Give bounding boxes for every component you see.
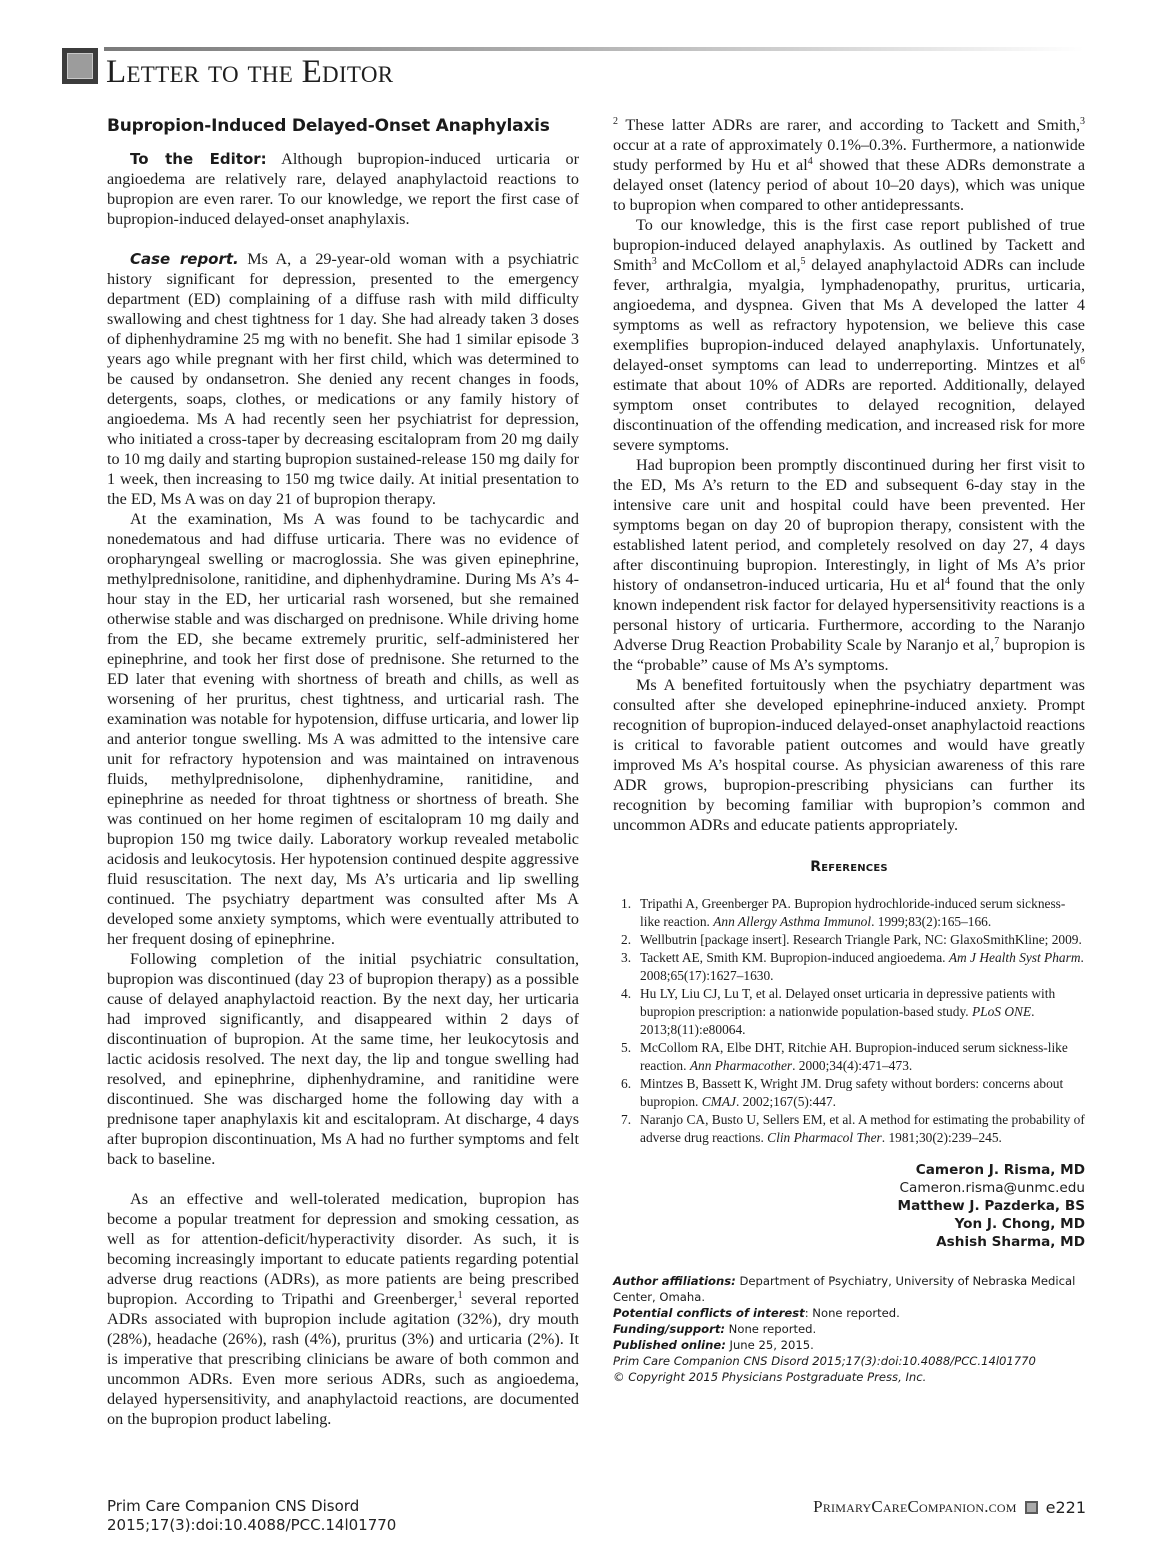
references-list: 1.Tripathi A, Greenberger PA. Bupropion …: [613, 895, 1085, 1147]
author-name: Matthew J. Pazderka, BS: [613, 1197, 1085, 1215]
page-number: e221: [1046, 1498, 1086, 1517]
had-paragraph: Had bupropion been promptly discontinued…: [613, 455, 1085, 675]
conflicts-of-interest: Potential conflicts of interest: None re…: [613, 1305, 1085, 1321]
knowledge-paragraph: To our knowledge, this is the first case…: [613, 215, 1085, 455]
author-name: Ashish Sharma, MD: [613, 1233, 1085, 1251]
effective-paragraph: As an effective and well-tolerated medic…: [107, 1189, 579, 1429]
references-heading: References: [613, 857, 1085, 877]
article-title: Bupropion-Induced Delayed-Onset Anaphyla…: [107, 115, 579, 137]
author-name: Yon J. Chong, MD: [613, 1215, 1085, 1233]
case-report-paragraph: Case report. Ms A, a 29-year-old woman w…: [107, 249, 579, 509]
gray-square-icon: [62, 48, 98, 84]
examination-paragraph: At the examination, Ms A was found to be…: [107, 509, 579, 949]
citation: Prim Care Companion CNS Disord 2015;17(3…: [613, 1353, 1085, 1369]
gray-square-icon: [1025, 1501, 1038, 1514]
footer-journal-citation: Prim Care Companion CNS Disord 2015;17(3…: [107, 1497, 396, 1535]
copyright: © Copyright 2015 Physicians Postgraduate…: [613, 1369, 1085, 1385]
header-rule: [104, 47, 1084, 51]
reference-item: 4.Hu LY, Liu CJ, Lu T, et al. Delayed on…: [613, 985, 1085, 1039]
reference-item: 6.Mintzes B, Bassett K, Wright JM. Drug …: [613, 1075, 1085, 1111]
published-online: Published online: June 25, 2015.: [613, 1337, 1085, 1353]
footer-site-page: PrimaryCareCompanion.com e221: [813, 1497, 1086, 1517]
author-affiliations: Author affiliations: Department of Psych…: [613, 1273, 1085, 1305]
author-name: Cameron J. Risma, MD: [613, 1161, 1085, 1179]
right-column: 2 These latter ADRs are rarer, and accor…: [613, 115, 1085, 1385]
intro-lead: To the Editor:: [130, 150, 267, 168]
section-title: Letter to the Editor: [106, 54, 393, 90]
benefited-paragraph: Ms A benefited fortuitously when the psy…: [613, 675, 1085, 835]
reference-item: 7.Naranjo CA, Busto U, Sellers EM, et al…: [613, 1111, 1085, 1147]
case-report-lead: Case report.: [130, 250, 239, 268]
reference-item: 5.McCollom RA, Elbe DHT, Ritchie AH. Bup…: [613, 1039, 1085, 1075]
site-link[interactable]: PrimaryCareCompanion.com: [813, 1497, 1016, 1517]
reference-item: 2.Wellbutrin [package insert]. Research …: [613, 931, 1085, 949]
effective-paragraph-continued: 2 These latter ADRs are rarer, and accor…: [613, 115, 1085, 215]
intro-paragraph: To the Editor: Although bupropion-induce…: [107, 149, 579, 229]
reference-item: 3.Tackett AE, Smith KM. Bupropion-induce…: [613, 949, 1085, 985]
left-column: Bupropion-Induced Delayed-Onset Anaphyla…: [107, 115, 579, 1429]
author-email-link[interactable]: Cameron.risma@unmc.edu: [613, 1179, 1085, 1197]
author-block: Cameron J. Risma, MD Cameron.risma@unmc.…: [613, 1161, 1085, 1251]
reference-item: 1.Tripathi A, Greenberger PA. Bupropion …: [613, 895, 1085, 931]
following-paragraph: Following completion of the initial psyc…: [107, 949, 579, 1169]
article-metadata: Author affiliations: Department of Psych…: [613, 1273, 1085, 1385]
funding-support: Funding/support: None reported.: [613, 1321, 1085, 1337]
